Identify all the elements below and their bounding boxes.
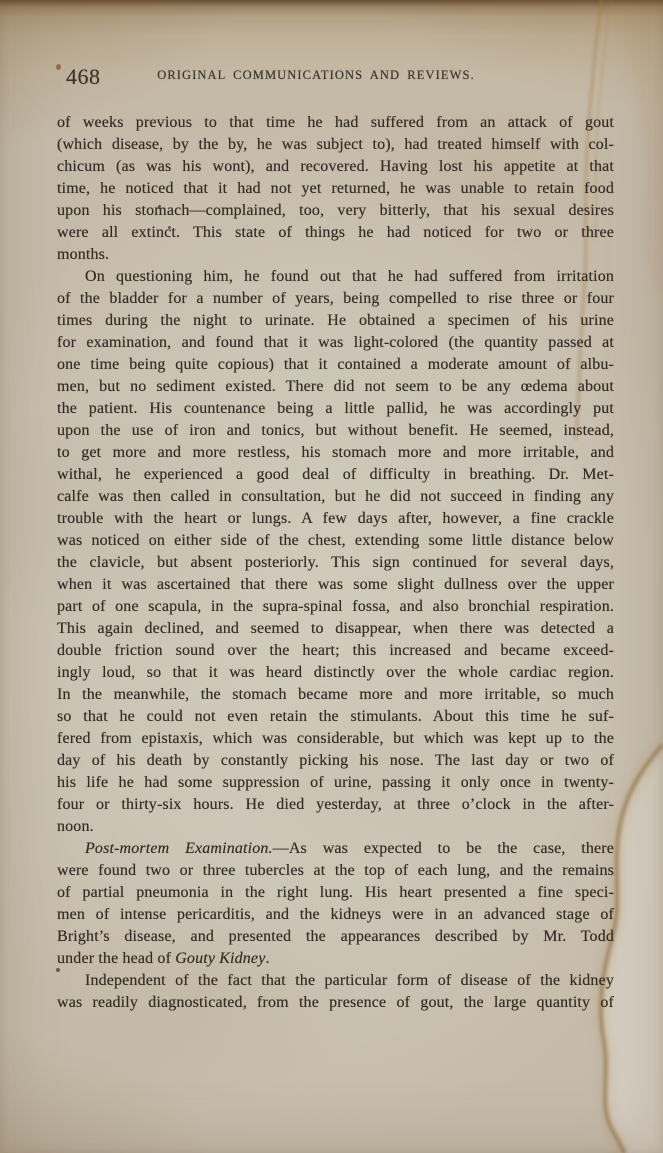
text-line: one time being quite copious) that it co… <box>57 354 614 376</box>
text-line: upon the use of iron and tonics, but wit… <box>57 420 614 442</box>
text-line: for examination, and found that it was l… <box>57 332 614 354</box>
text-line: the patient. His countenance being a lit… <box>57 398 614 420</box>
text-line: ingly loud, so that it was heard distinc… <box>57 662 614 684</box>
paragraph: of weeks previous to that time he had su… <box>57 112 614 266</box>
text-line: men, but no sediment existed. There did … <box>57 376 614 398</box>
text-line: day of his death by constantly picking h… <box>57 750 614 772</box>
book-page: 468 ORIGINAL COMMUNICATIONS AND REVIEWS.… <box>0 0 663 1153</box>
text-line: the clavicle, but absent posteriorly. Th… <box>57 552 614 574</box>
text-line: On questioning him, he found out that he… <box>57 266 614 288</box>
text-line: to get more and more restless, his stoma… <box>57 442 614 464</box>
body-text: of weeks previous to that time he had su… <box>57 112 614 1014</box>
text-line: part of one scapula, in the supra-spinal… <box>57 596 614 618</box>
paragraph: On questioning him, he found out that he… <box>57 266 614 838</box>
text-line: of the bladder for a number of years, be… <box>57 288 614 310</box>
text-line: Bright’s disease, and presented the appe… <box>57 926 614 948</box>
running-title: ORIGINAL COMMUNICATIONS AND REVIEWS. <box>57 68 575 83</box>
text-line: men of intense pericarditis, and the kid… <box>57 904 614 926</box>
text-line: chicum (as was his wont), and recovered.… <box>57 156 614 178</box>
text-line: trouble with the heart or lungs. A few d… <box>57 508 614 530</box>
text-line: when it was ascertained that there was s… <box>57 574 614 596</box>
text-line: were all extinct. This state of things h… <box>57 222 614 244</box>
text-line: his life he had some suppression of urin… <box>57 772 614 794</box>
text-line: was readily diagnosticated, from the pre… <box>57 992 614 1014</box>
text-line: fered from epistaxis, which was consider… <box>57 728 614 750</box>
text-line: double friction sound over the heart; th… <box>57 640 614 662</box>
paragraph: Post-mortem Examination.—As was expected… <box>57 838 614 970</box>
text-line: calfe was then called in consultation, b… <box>57 486 614 508</box>
text-line: was noticed on either side of the chest,… <box>57 530 614 552</box>
text-line: noon. <box>57 816 614 838</box>
text-line: were found two or three tubercles at the… <box>57 860 614 882</box>
text-line: under the head of Gouty Kidney. <box>57 948 614 970</box>
text-line: of partial pneumonia in the right lung. … <box>57 882 614 904</box>
text-line: withal, he experienced a good deal of di… <box>57 464 614 486</box>
text-line: Post-mortem Examination.—As was expected… <box>57 838 614 860</box>
text-line: so that he could not even retain the sti… <box>57 706 614 728</box>
text-line: four or thirty-six hours. He died yester… <box>57 794 614 816</box>
text-line: times during the night to urinate. He ob… <box>57 310 614 332</box>
text-line: Independent of the fact that the particu… <box>57 970 614 992</box>
text-line: upon his stomach—complained, too, very b… <box>57 200 614 222</box>
text-line: This again declined, and seemed to disap… <box>57 618 614 640</box>
text-line: In the meanwhile, the stomach became mor… <box>57 684 614 706</box>
text-line: time, he noticed that it had not yet ret… <box>57 178 614 200</box>
text-line: months. <box>57 244 614 266</box>
paragraph: Independent of the fact that the particu… <box>57 970 614 1014</box>
text-line: (which disease, by the by, he was subjec… <box>57 134 614 156</box>
text-line: of weeks previous to that time he had su… <box>57 112 614 134</box>
